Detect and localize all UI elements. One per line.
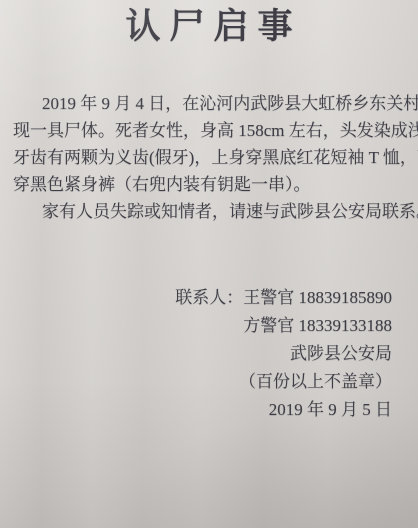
stamp-note: （百份以上不盖章） (0, 368, 392, 396)
issuing-authority: 武陟县公安局 (0, 340, 392, 368)
contact-person-wang: 联系人：王警官 18839185890 (0, 284, 392, 312)
notice-paper: 认尸启事 2019 年 9 月 4 日，在沁河内武陟县大虹桥乡东关村段发 现一具… (0, 0, 418, 528)
notice-body: 2019 年 9 月 4 日，在沁河内武陟县大虹桥乡东关村段发 现一具尸体。死者… (13, 90, 400, 225)
body-line-5: 家有人员失踪或知情者，请速与武陟县公安局联系。 (13, 198, 400, 225)
notice-date: 2019 年 9 月 5 日 (0, 396, 392, 424)
page-title: 认尸启事 (0, 0, 418, 48)
body-line-2: 现一具尸体。死者女性，身高 158cm 左右，头发染成浅黄色， (13, 117, 400, 144)
body-line-3: 牙齿有两颗为义齿(假牙)，上身穿黑底红花短袖 T 恤，下身 (13, 144, 400, 171)
body-line-1: 2019 年 9 月 4 日，在沁河内武陟县大虹桥乡东关村段发 (13, 90, 400, 117)
contact-person-fang: 方警官 18339133188 (0, 312, 392, 340)
paper-lighting-overlay (0, 0, 418, 528)
contact-block: 联系人：王警官 18839185890 方警官 18339133188 武陟县公… (0, 284, 418, 424)
body-line-4: 穿黑色紧身裤（右兜内装有钥匙一串）。 (13, 171, 400, 198)
